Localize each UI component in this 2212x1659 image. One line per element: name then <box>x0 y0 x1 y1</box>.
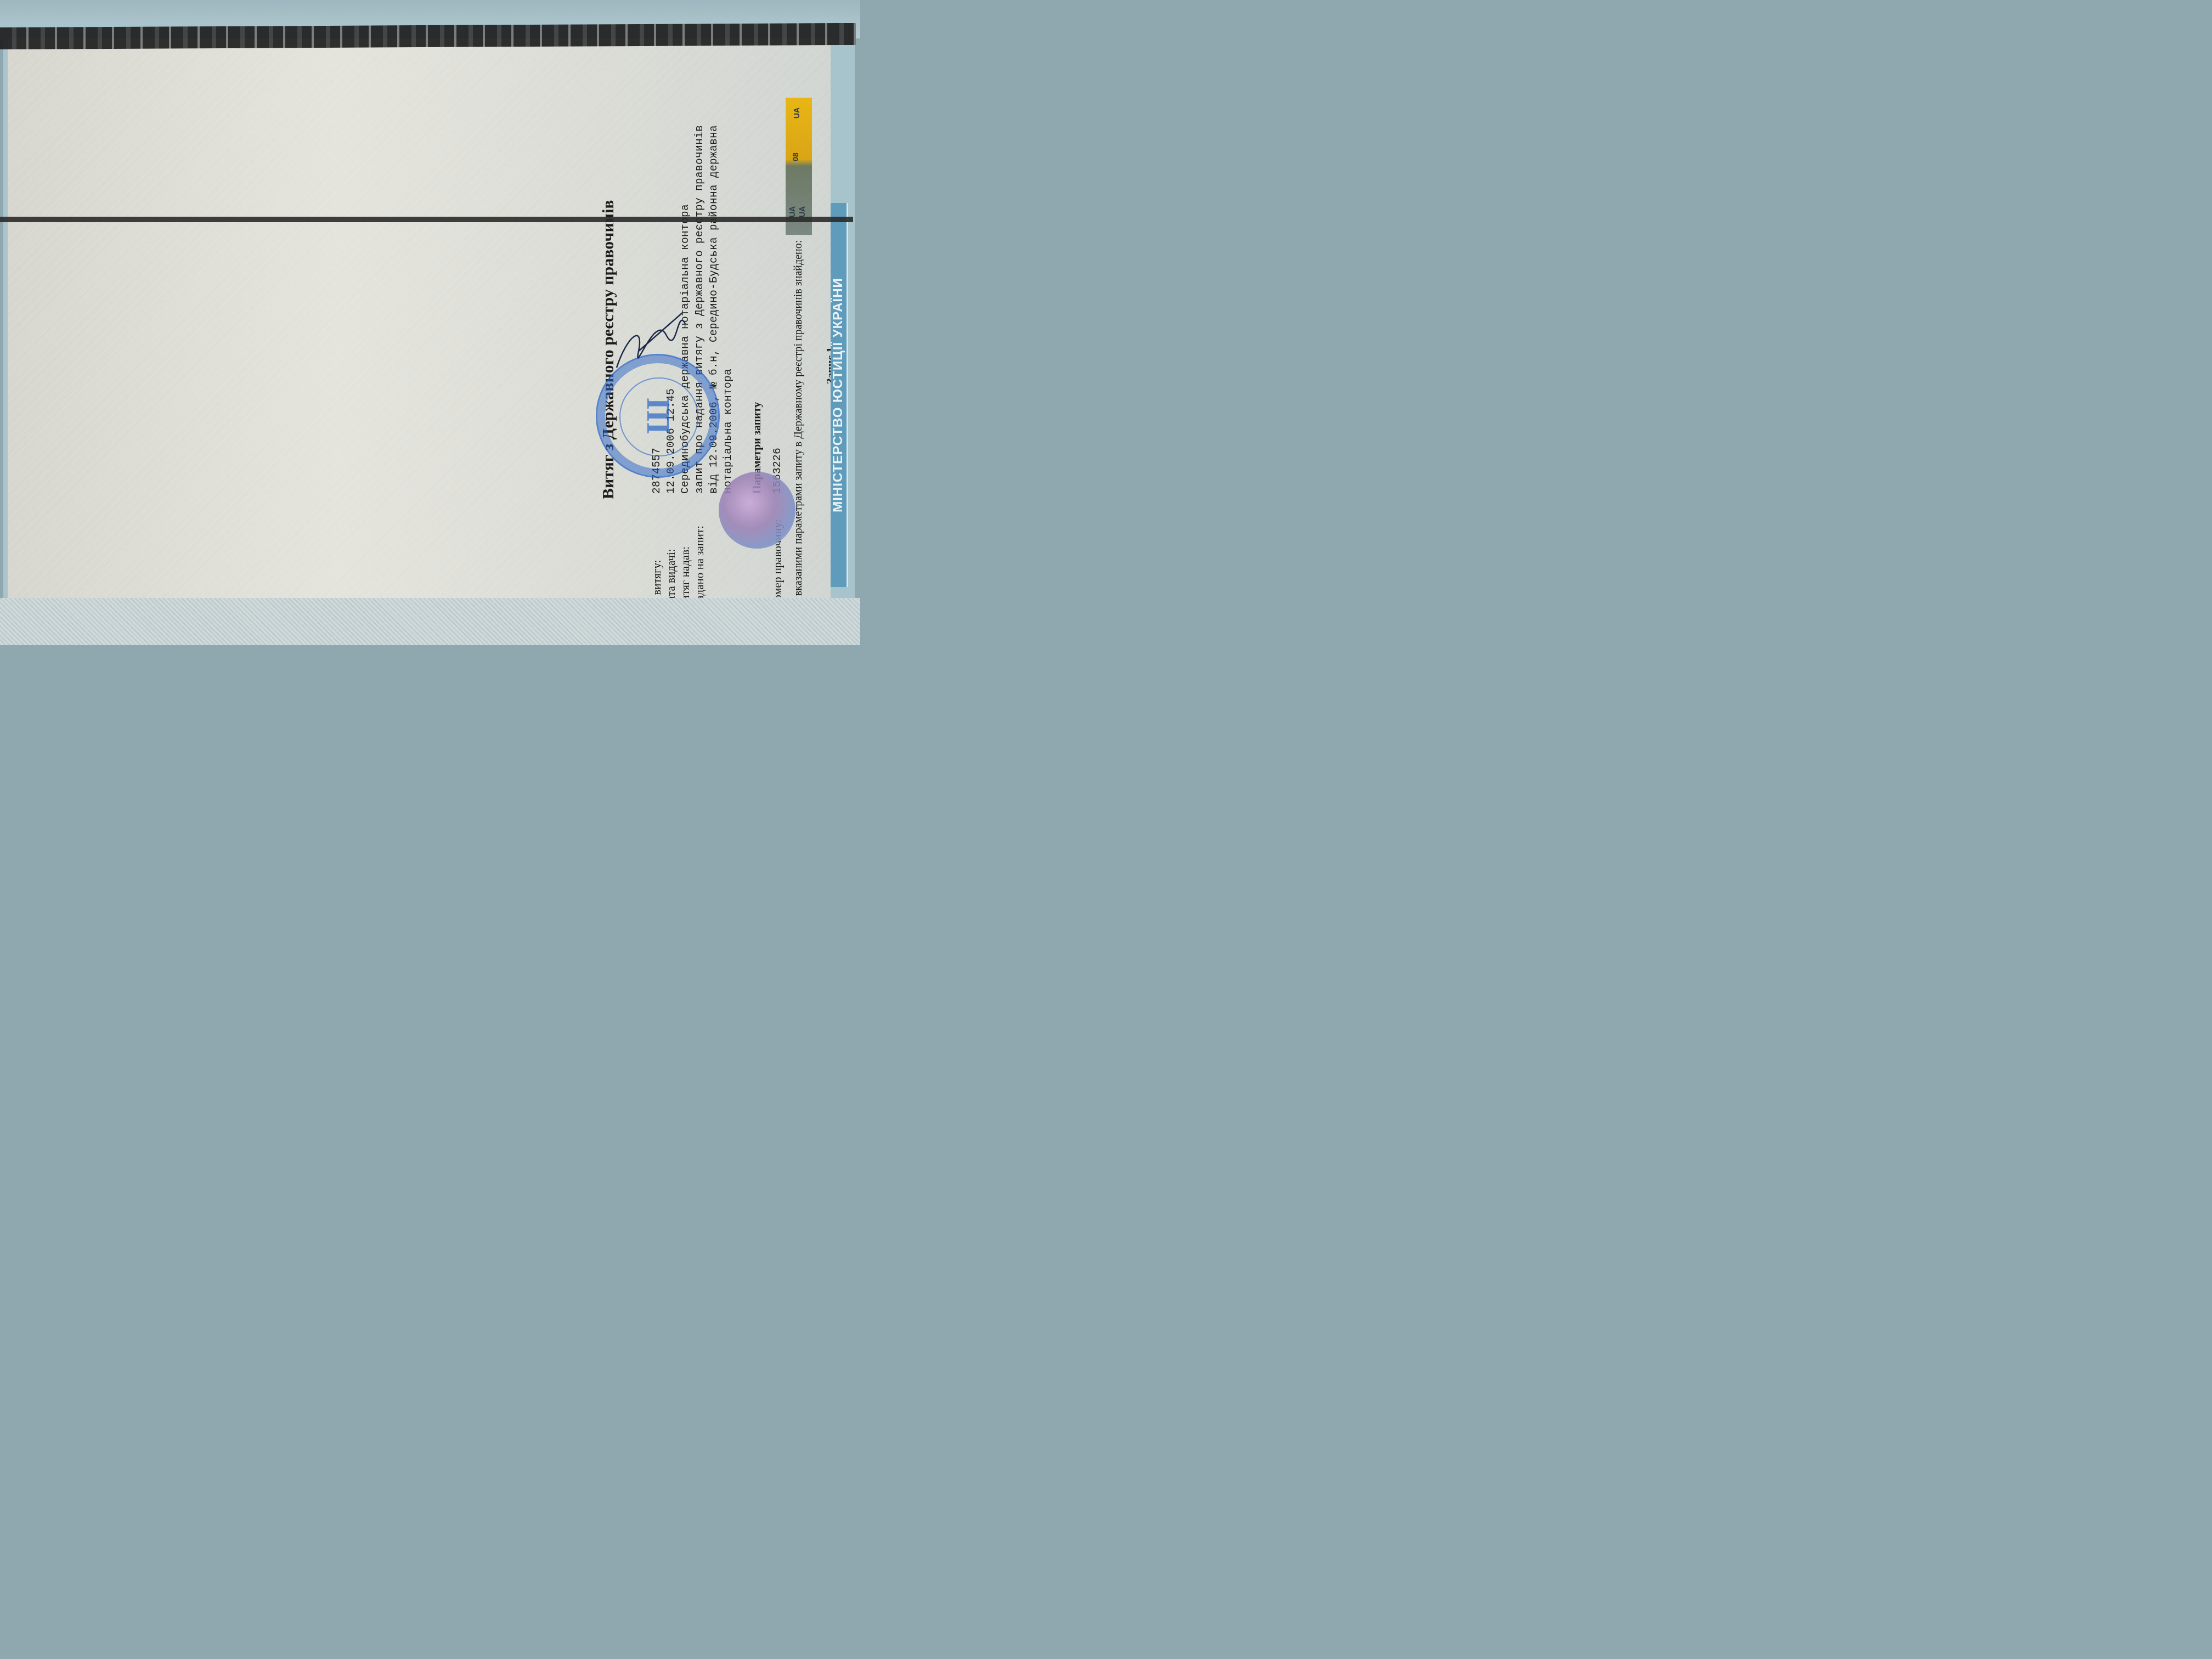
binding-thread-top <box>0 23 856 49</box>
field-label: № витягу: <box>650 494 664 598</box>
record-heading: Запис 1 <box>825 347 831 384</box>
hologram-seal <box>719 472 795 549</box>
hologram-label: UA <box>792 108 801 119</box>
hologram-label: UA <box>788 206 797 217</box>
hologram-label: 08 <box>791 153 800 161</box>
field-label: Дата видачі: <box>664 494 678 598</box>
signature <box>606 302 688 373</box>
ministry-strip-text: МІНІСТЕРСТВО ЮСТИЦІЇ УКРАЇНИ <box>831 278 846 512</box>
field-label: Витяг надав: <box>678 494 692 598</box>
document-page: Витяг з Державного реєстру правочинів № … <box>8 38 831 598</box>
field-value: 1563226 <box>770 99 785 494</box>
trident-icon: Ш <box>639 398 677 434</box>
found-text: За вказаними параметрами запиту в Держав… <box>792 240 805 598</box>
hologram-strip: UA 08 UA UA <box>786 98 812 235</box>
hologram-label: UA <box>798 206 806 217</box>
next-page-edge <box>0 598 860 645</box>
binding-thread <box>0 217 853 222</box>
